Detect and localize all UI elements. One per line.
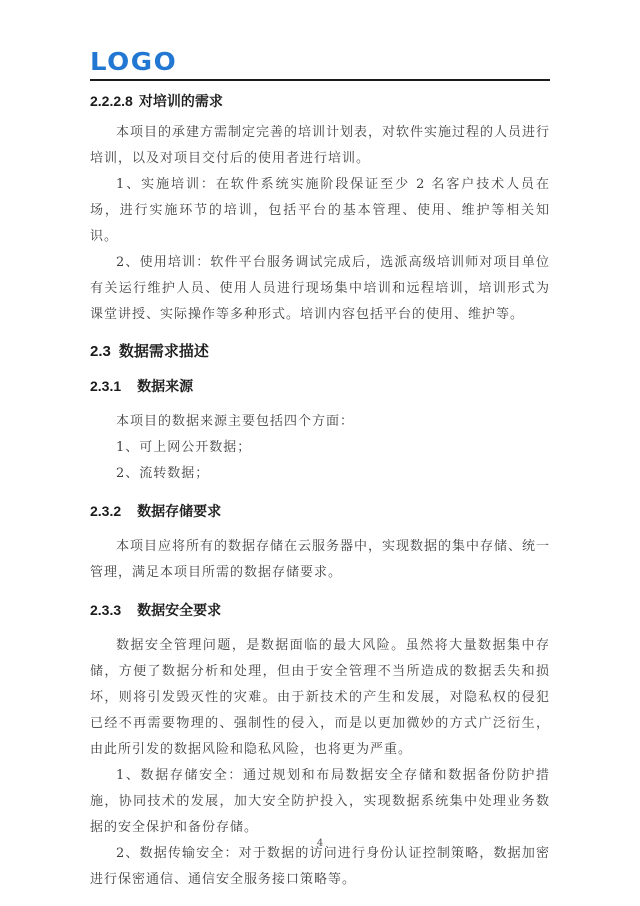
paragraph: 1、实施培训：在软件系统实施阶段保证至少 2 名客户技术人员在场，进行实施环节的…	[90, 172, 550, 250]
company-logo: LOGO	[90, 49, 550, 76]
section-heading: 2.3.3数据安全要求	[90, 600, 550, 621]
paragraph: 数据安全管理问题，是数据面临的最大风险。虽然将大量数据集中存储，方便了数据分析和…	[90, 633, 550, 763]
page-header: LOGO	[90, 48, 550, 81]
heading-text: 数据需求描述	[119, 342, 209, 360]
heading-text: 数据存储要求	[137, 504, 221, 520]
paragraph: 2、使用培训：软件平台服务调试完成后，选派高级培训师对项目单位有关运行维护人员、…	[90, 250, 550, 328]
heading-number: 2.2.2.8	[90, 93, 133, 109]
section-heading: 2.3.1数据来源	[90, 376, 550, 397]
heading-text: 对培训的需求	[139, 94, 223, 110]
page-content: LOGO 2.2.2.8对培训的需求本项目的承建方需制定完善的培训计划表，对软件…	[0, 0, 640, 893]
page-number: 4	[317, 838, 323, 849]
heading-text: 数据安全要求	[137, 603, 221, 619]
paragraph: 本项目的承建方需制定完善的培训计划表，对软件实施过程的人员进行培训，以及对项目交…	[90, 120, 550, 172]
heading-text: 数据来源	[137, 379, 193, 395]
paragraph: 1、可上网公开数据；	[90, 435, 550, 461]
section-heading: 2.3.2数据存储要求	[90, 501, 550, 522]
heading-number: 2.3.1	[90, 378, 121, 394]
paragraph: 本项目的数据来源主要包括四个方面：	[90, 409, 550, 435]
heading-number: 2.3.2	[90, 503, 121, 519]
section-heading: 2.3数据需求描述	[90, 341, 550, 362]
page-footer: 4	[0, 831, 640, 850]
heading-number: 2.3	[90, 343, 111, 360]
heading-number: 2.3.3	[90, 602, 121, 618]
section-heading: 2.2.2.8对培训的需求	[90, 91, 550, 112]
document-page: LOGO 2.2.2.8对培训的需求本项目的承建方需制定完善的培训计划表，对软件…	[0, 0, 640, 906]
document-body: 2.2.2.8对培训的需求本项目的承建方需制定完善的培训计划表，对软件实施过程的…	[90, 91, 550, 893]
paragraph: 本项目应将所有的数据存储在云服务器中，实现数据的集中存储、统一管理，满足本项目所…	[90, 534, 550, 586]
paragraph: 1、数据存储安全：通过规划和布局数据安全存储和数据备份防护措施，协同技术的发展，…	[90, 763, 550, 841]
paragraph: 2、流转数据；	[90, 461, 550, 487]
